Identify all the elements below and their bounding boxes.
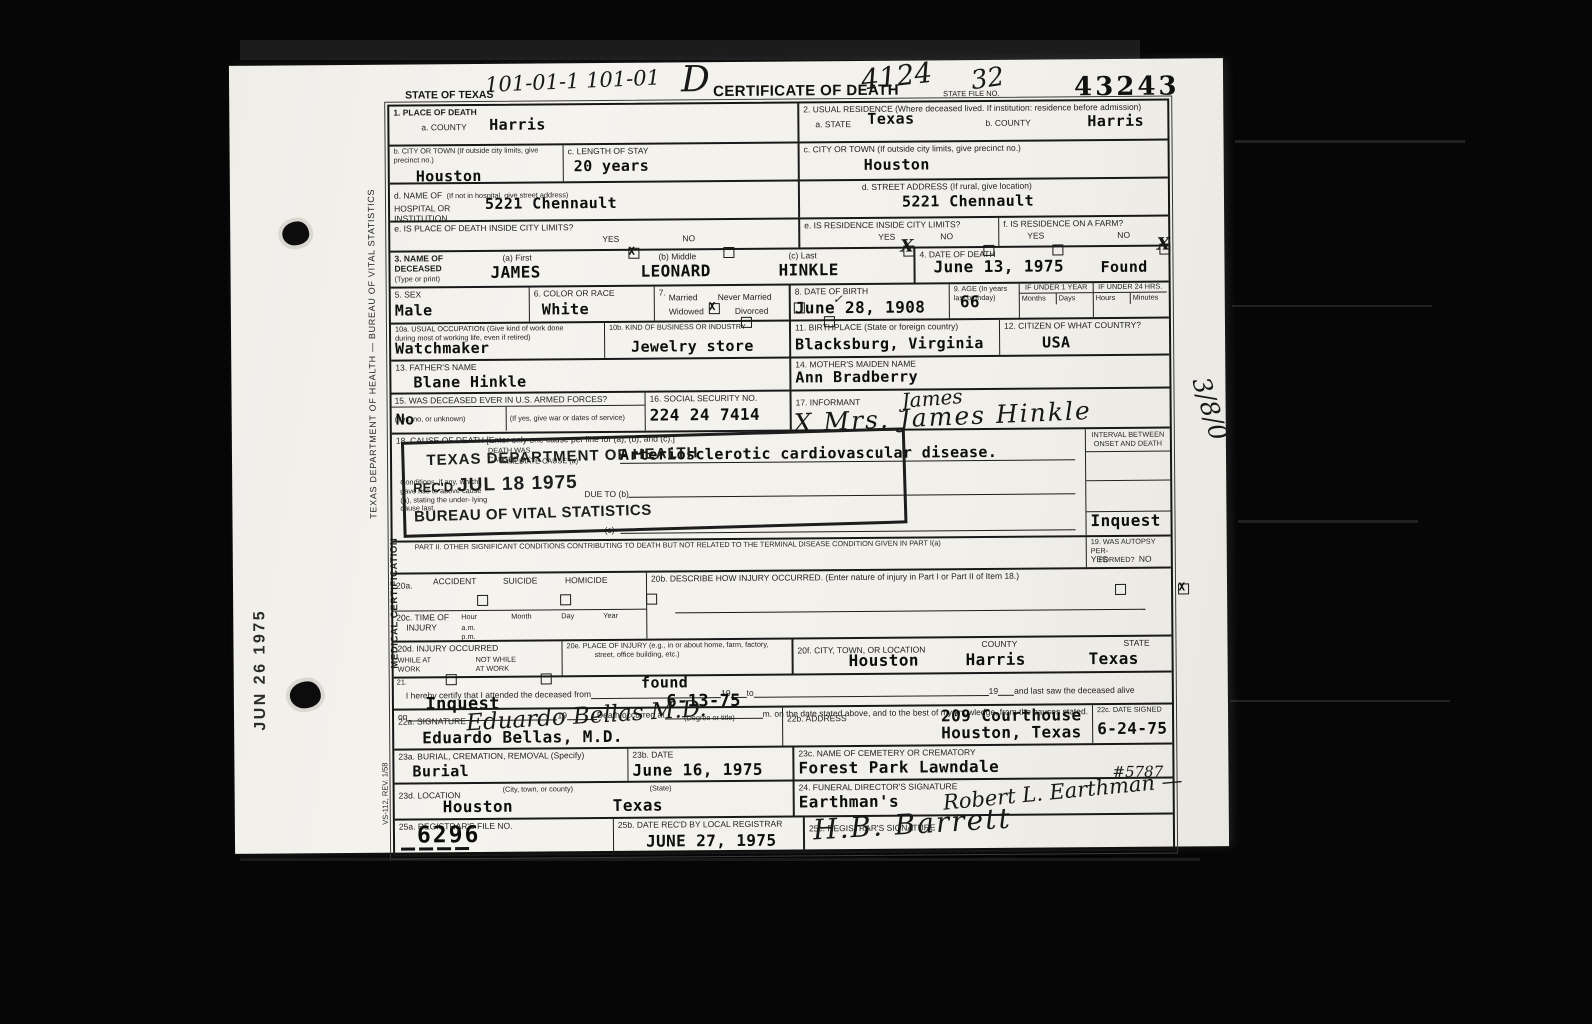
- sex-label: 5. SEX: [395, 289, 525, 300]
- married-checkbox: X: [709, 303, 720, 314]
- burial-location-cell: 23d. LOCATION (City, town, or county) (S…: [395, 782, 793, 819]
- minutes-label: Minutes: [1131, 292, 1167, 303]
- date-of-death-value: June 13, 1975: [933, 257, 1064, 276]
- handwritten-32: 32: [969, 64, 1006, 95]
- dob-label: 8. DATE OF BIRTH: [795, 285, 945, 296]
- physician-typed-name: Eduardo Bellas, M.D.: [422, 728, 623, 747]
- citizen-label: 12. CITIZEN OF WHAT COUNTRY?: [1004, 320, 1163, 331]
- yes-label: YES: [602, 234, 619, 244]
- stamp-line-1: TEXAS DEPARTMENT OF HEALTH: [426, 444, 698, 469]
- handwritten-4124: 4124: [860, 59, 934, 95]
- armed-forces-value: No: [396, 412, 415, 429]
- certificate-number: 43243: [1074, 73, 1180, 100]
- burial-date-value: June 16, 1975: [632, 761, 788, 780]
- not-while-label: NOT WHILEAT WORK: [476, 656, 517, 674]
- residence-city-limits-cell: e. IS RESIDENCE INSIDE CITY LIMITS? YES …: [798, 218, 998, 248]
- scan-streak: [1235, 140, 1465, 143]
- race-cell: 6. COLOR OR RACE White: [529, 287, 654, 322]
- injury-occurred-cell: 20d. INJURY OCCURRED WHILE ATWORK NOT WH…: [393, 641, 561, 676]
- birthplace-label: 11. BIRTHPLACE (State or foreign country…: [795, 321, 995, 333]
- injury-location-cell: 20f. CITY, TOWN, OR LOCATION COUNTY STAT…: [791, 637, 1171, 674]
- manner-cell: 20a. ACCIDENT SUICIDE HOMICIDE: [393, 573, 646, 612]
- physician-signature-cell: 22a. SIGNATURE Eduardo Bellas M.D. (Degr…: [394, 708, 782, 749]
- typed-x-mark: X: [709, 301, 716, 312]
- injury-state-value: Texas: [1089, 650, 1139, 668]
- row-place-residence: 1. PLACE OF DEATH a. COUNTY Harris 2. US…: [389, 101, 1167, 145]
- marital-cell: 7. Married X Never Married Widowed Divor…: [654, 286, 789, 321]
- armed-forces-service-cell: (If yes, give war or dates of service): [507, 406, 645, 431]
- sex-cell: 5. SEX Male: [391, 288, 529, 323]
- under-24-hrs-subcells: Hours Minutes: [1094, 292, 1167, 303]
- to-label: to: [747, 688, 754, 698]
- residence-state-value: Texas: [867, 111, 914, 128]
- first-name-value: JAMES: [490, 263, 540, 281]
- occupation-value: Watchmaker: [395, 340, 489, 357]
- race-value: White: [542, 301, 650, 318]
- year-blank-2: [998, 685, 1014, 696]
- hospital-cell: d. NAME OF (If not in hospital, give str…: [390, 181, 798, 220]
- form-number-vertical-text: VS-112, REV. 1/58: [380, 733, 390, 825]
- scan-streak: [1232, 305, 1432, 307]
- location-sublabel2: (State): [650, 784, 672, 793]
- days-label: Days: [1057, 293, 1093, 304]
- under-1-year-label: IF UNDER 1 YEAR: [1020, 283, 1093, 293]
- location-state-value: Texas: [613, 797, 663, 815]
- location-city-value: Houston: [443, 798, 513, 816]
- first-name-label: (a) First: [502, 253, 531, 263]
- under-1-year-subcells: Months Days: [1020, 293, 1093, 304]
- certify-text-2: and last saw the deceased alive: [1014, 685, 1135, 696]
- name-label-2: DECEASED: [394, 263, 441, 273]
- homicide-label: HOMICIDE: [565, 575, 608, 586]
- autopsy-cell: 19. WAS AUTOPSY PER- FORMED? YES NO X: [1086, 537, 1171, 568]
- date-signed-value: 6-24-75: [1097, 719, 1168, 737]
- burial-label: 23a. BURIAL, CREMATION, REMOVAL (Specify…: [398, 750, 623, 762]
- city-of-death-cell: b. CITY OR TOWN (If outside city limits,…: [390, 145, 563, 182]
- street-address-value: 5221 Chennault: [902, 192, 1164, 211]
- scanned-death-certificate: JUN 26 1975 TEXAS DEPARTMENT OF HEALTH —…: [0, 0, 1592, 1024]
- married-label: Married: [669, 292, 698, 302]
- cause-line-c: [621, 529, 1076, 534]
- time-of-injury-label2: INJURY: [406, 621, 643, 633]
- mother-value: Ann Bradberry: [795, 367, 1165, 386]
- row-injury-place: 20d. INJURY OCCURRED WHILE ATWORK NOT WH…: [393, 635, 1171, 677]
- manner-number: 20a.: [396, 580, 413, 590]
- registrar-signature-cell: 25c. REGISTRAR'S SIGNATURE H.B. Barrett: [803, 815, 1173, 852]
- armed-forces-subcells: (Yes, no, or unknown) No (If yes, give w…: [392, 406, 645, 432]
- under-1-year-cell: IF UNDER 1 YEAR Months Days: [1019, 283, 1093, 318]
- residence-city-cell: c. CITY OR TOWN (If outside city limits,…: [798, 141, 1168, 180]
- row-cause-of-death: 18. CAUSE OF DEATH [Enter only one cause…: [392, 427, 1171, 541]
- physician-address-cell: 22b. ADDRESS 209 Courthouse Houston, Tex…: [782, 705, 1092, 745]
- yes-label: YES: [878, 232, 895, 242]
- last-name-label: (c) Last: [788, 250, 816, 260]
- found-value: found: [641, 674, 688, 691]
- received-date-stamp: JUN 26 1975: [251, 606, 270, 731]
- certificate-form: 1. PLACE OF DEATH a. COUNTY Harris 2. US…: [387, 99, 1175, 857]
- certify-number: 21.: [397, 679, 407, 688]
- business-cell: 10b. KIND OF BUSINESS OR INDUSTRY Jewelr…: [604, 322, 789, 358]
- place-of-injury-label2: street, office building, etc.): [595, 649, 788, 659]
- birthplace-cell: 11. BIRTHPLACE (State or foreign country…: [789, 320, 999, 357]
- length-of-stay-cell: c. LENGTH OF STAY 20 years: [563, 143, 798, 181]
- length-of-stay-value: 20 years: [574, 157, 794, 175]
- row-hospital-address: d. NAME OF (If not in hospital, give str…: [390, 177, 1168, 221]
- middle-name-value: LEONARD: [640, 262, 710, 280]
- registrar-date-label: 25b. DATE REC'D BY LOCAL REGISTRAR: [618, 818, 799, 830]
- age-cell: 9. AGE (In years last birthday) 66: [949, 284, 1019, 319]
- deceased-name-cell: 3. NAME OF DECEASED (Type or print) (a) …: [390, 249, 913, 287]
- interval-cell: INTERVAL BETWEEN ONSET AND DEATH Inquest: [1085, 429, 1171, 536]
- scan-streak: [1230, 700, 1450, 702]
- handwritten-file-code: 101-01-1 101-01: [485, 67, 661, 95]
- certify-line1: I hereby certify that I attended the dec…: [406, 680, 1168, 704]
- armed-forces-sublabel2: (If yes, give war or dates of service): [510, 413, 625, 423]
- while-at-work-label: WHILE ATWORK: [398, 656, 432, 674]
- date-of-death-cell: 4. DATE OF DEATH June 13, 1975 Found: [913, 247, 1168, 283]
- row-location-director: 23d. LOCATION (City, town, or county) (S…: [395, 777, 1173, 819]
- place-of-injury-cell: 20e. PLACE OF INJURY (e.g., in or about …: [561, 640, 791, 676]
- residence-city-value: Houston: [864, 155, 1164, 174]
- no-checkbox: X: [1178, 584, 1189, 595]
- date-signed-label: 22c. DATE SIGNED: [1097, 706, 1168, 715]
- under-24-hrs-label: IF UNDER 24 HRS.: [1094, 283, 1167, 293]
- occupation-cell: 10a. USUAL OCCUPATION (Give kind of work…: [391, 323, 604, 360]
- length-of-stay-label: c. LENGTH OF STAY: [568, 144, 794, 156]
- row-registrar: 25a. REGISTRAR'S FILE NO. 6296 25b. DATE…: [395, 813, 1173, 855]
- stamp-line-3: BUREAU OF VITAL STATISTICS: [414, 502, 652, 526]
- row-injury-manner: 20a. ACCIDENT SUICIDE HOMICIDE 20c. TIME…: [393, 567, 1172, 641]
- row-physician: 22a. SIGNATURE Eduardo Bellas M.D. (Degr…: [394, 703, 1172, 749]
- last-name-value: HINKLE: [778, 261, 838, 279]
- residence-farm-label: f. IS RESIDENCE ON A FARM?: [1003, 218, 1164, 229]
- city-of-death-label: b. CITY OR TOWN (If outside city limits,…: [394, 146, 559, 165]
- describe-injury-cell: 20b. DESCRIBE HOW INJURY OCCURRED. (Ente…: [646, 569, 1172, 639]
- row-city-stay: b. CITY OR TOWN (If outside city limits,…: [390, 139, 1168, 183]
- handwritten-check: ✓: [833, 293, 843, 305]
- suicide-label: SUICIDE: [503, 576, 538, 586]
- margin-handwritten-note: 3/8/0: [1188, 374, 1231, 443]
- typed-x-mark: X: [1178, 582, 1185, 593]
- department-vertical-text: TEXAS DEPARTMENT OF HEALTH — BUREAU OF V…: [366, 207, 378, 519]
- describe-injury-blank: [675, 609, 1145, 614]
- burial-value: Burial: [412, 762, 623, 780]
- burial-cell: 23a. BURIAL, CREMATION, REMOVAL (Specify…: [394, 749, 627, 783]
- burial-date-cell: 23b. DATE June 16, 1975: [627, 748, 792, 781]
- divorced-label: Divorced: [735, 306, 769, 316]
- sex-value: Male: [395, 302, 525, 320]
- armed-forces-answer-cell: (Yes, no, or unknown) No: [392, 407, 507, 432]
- degree-label: (Degree or title): [684, 714, 735, 723]
- father-label: 13. FATHER'S NAME: [395, 360, 785, 373]
- death-city-limits-label: e. IS PLACE OF DEATH INSIDE CITY LIMITS?: [394, 220, 794, 233]
- scan-streak: [240, 858, 1200, 861]
- received-stamp-box: TEXAS DEPARTMENT OF HEALTH REC'D JUL 18 …: [401, 427, 908, 537]
- found-annotation: Found: [1100, 259, 1147, 276]
- residence-farm-cell: f. IS RESIDENCE ON A FARM? YES NO X: [998, 217, 1168, 246]
- burial-date-label: 23b. DATE: [632, 749, 788, 760]
- residence-city-label: c. CITY OR TOWN (If outside city limits,…: [804, 142, 1164, 155]
- usual-residence-cell: 2. USUAL RESIDENCE (Where deceased lived…: [797, 101, 1167, 142]
- part2-label: PART II. OTHER SIGNIFICANT CONDITIONS CO…: [415, 538, 1082, 552]
- handwritten-letter-d: D: [681, 62, 710, 98]
- attended-to-blank: [754, 685, 989, 698]
- race-label: 6. COLOR OR RACE: [534, 288, 650, 299]
- ssn-cell: 16. SOCIAL SECURITY NO. 224 24 7414: [644, 392, 789, 431]
- injury-county-value: Harris: [966, 651, 1026, 669]
- month-label: Month: [511, 613, 531, 622]
- place-of-death-label: 1. PLACE OF DEATH: [393, 104, 793, 117]
- residence-county-label: b. COUNTY: [985, 118, 1030, 128]
- business-value: Jewelry store: [631, 337, 785, 355]
- year-label: Year: [603, 612, 618, 621]
- registrar-date-value: JUNE 27, 1975: [646, 832, 799, 851]
- crossed-out-scribble: [401, 847, 469, 851]
- day-label: Day: [561, 612, 574, 621]
- no-label: NO: [1139, 554, 1152, 564]
- citizen-cell: 12. CITIZEN OF WHAT COUNTRY? USA: [999, 319, 1167, 355]
- hospital-label: d. NAME OF: [394, 190, 442, 200]
- months-label: Months: [1020, 293, 1057, 304]
- stamp-recd: REC'D: [413, 479, 453, 495]
- age-value: 66: [960, 293, 980, 311]
- suicide-checkbox: [561, 594, 572, 605]
- citizen-value: USA: [1042, 334, 1163, 351]
- dob-cell: 8. DATE OF BIRTH ✓ June 28, 1908: [789, 284, 949, 319]
- registrar-file-cell: 25a. REGISTRAR'S FILE NO. 6296: [395, 819, 613, 855]
- row-name-dod: 3. NAME OF DECEASED (Type or print) (a) …: [390, 245, 1168, 287]
- yes-label: YES: [1091, 554, 1108, 564]
- name-sublabel: (Type or print): [395, 275, 440, 284]
- row-forces-ssn-informant: 15. WAS DECEASED EVER IN U.S. ARMED FORC…: [391, 387, 1169, 433]
- state-of-texas-label: STATE OF TEXAS: [405, 89, 493, 102]
- autopsy-label2: FORMED?: [1099, 555, 1167, 564]
- registrar-file-number: 6296: [417, 822, 481, 848]
- name-label-1: 3. NAME OF: [394, 253, 443, 263]
- injury-occurred-label: 20d. INJURY OCCURRED: [397, 642, 557, 653]
- mother-cell: 14. MOTHER'S MAIDEN NAME Ann Bradberry: [789, 356, 1169, 390]
- hospital-value: 5221 Chennault: [485, 195, 617, 213]
- middle-name-label: (b) Middle: [658, 251, 696, 261]
- armed-forces-cell: 15. WAS DECEASED EVER IN U.S. ARMED FORC…: [392, 393, 645, 433]
- hours-label: Hours: [1094, 293, 1131, 304]
- county-label: a. COUNTY: [421, 122, 466, 132]
- accident-checkbox: [477, 595, 488, 606]
- signature-label: 22a. SIGNATURE: [398, 716, 466, 727]
- autopsy-label: 19. WAS AUTOPSY PER-: [1091, 538, 1167, 556]
- death-city-limits-cell: e. IS PLACE OF DEATH INSIDE CITY LIMITS?…: [390, 219, 798, 250]
- residence-city-limits-label: e. IS RESIDENCE INSIDE CITY LIMITS?: [804, 219, 994, 231]
- interval-line-b: [1086, 479, 1170, 511]
- no-label: NO: [1117, 230, 1130, 240]
- never-married-label: Never Married: [718, 292, 772, 303]
- ink-blot: [282, 221, 309, 245]
- hour-label: Hour: [461, 613, 477, 622]
- location-sublabel1: (City, town, or county): [503, 785, 573, 794]
- widowed-label: Widowed: [669, 306, 704, 316]
- cause-of-death-cell: 18. CAUSE OF DEATH [Enter only one cause…: [392, 429, 1086, 540]
- business-label: 10b. KIND OF BUSINESS OR INDUSTRY: [609, 323, 785, 333]
- row-demographics: 5. SEX Male 6. COLOR OR RACE White 7. Ma…: [391, 281, 1169, 323]
- street-address-cell: d. STREET ADDRESS (If rural, give locati…: [798, 179, 1168, 218]
- interval-label: INTERVAL BETWEEN ONSET AND DEATH: [1086, 429, 1170, 451]
- no-label: NO: [682, 233, 695, 243]
- father-cell: 13. FATHER'S NAME Blane Hinkle: [391, 359, 789, 393]
- place-of-death-cell: 1. PLACE OF DEATH a. COUNTY Harris: [389, 103, 797, 144]
- year-19b: 19: [989, 686, 999, 696]
- scan-streak: [1238, 520, 1418, 523]
- birthplace-value: Blacksburg, Virginia: [795, 335, 995, 353]
- injury-county-header: COUNTY: [981, 639, 1017, 649]
- date-signed-cell: 22c. DATE SIGNED 6-24-75: [1092, 705, 1172, 744]
- address-line2: Houston, Texas: [941, 723, 1082, 742]
- injury-state-header: STATE: [1123, 638, 1149, 648]
- interval-line-a: [1086, 450, 1170, 480]
- residence-county-value: Harris: [1087, 113, 1144, 130]
- accident-label: ACCIDENT: [433, 576, 477, 587]
- stamp-date: JUL 18 1975: [457, 472, 578, 497]
- county-value: Harris: [489, 116, 546, 134]
- address-label: 22b. ADDRESS: [787, 713, 847, 723]
- scan-artifact-band: [240, 40, 1140, 60]
- row-occupation: 10a. USUAL OCCUPATION (Give kind of work…: [391, 317, 1169, 360]
- yes-label: YES: [1027, 231, 1044, 241]
- dob-value: June 28, 1908: [795, 298, 945, 317]
- registrar-date-cell: 25b. DATE REC'D BY LOCAL REGISTRAR JUNE …: [613, 817, 803, 852]
- describe-injury-label: 20b. DESCRIBE HOW INJURY OCCURRED. (Ente…: [651, 570, 1167, 584]
- no-label: NO: [940, 231, 953, 241]
- inquest-value: Inquest: [1086, 510, 1170, 529]
- injury-city-value: Houston: [849, 652, 919, 670]
- informant-cell: 17. INFORMANT James X Mrs. James Hinkle: [789, 389, 1169, 430]
- under-24-hrs-cell: IF UNDER 24 HRS. Hours Minutes: [1093, 283, 1167, 318]
- residence-state-label: a. STATE: [815, 119, 851, 129]
- ssn-label: 16. SOCIAL SECURITY NO.: [650, 393, 786, 404]
- father-value: Blane Hinkle: [413, 372, 785, 391]
- street-address-label: d. STREET ADDRESS (If rural, give locati…: [862, 180, 1164, 193]
- name-label: 3. NAME OF DECEASED (Type or print): [394, 253, 456, 285]
- ink-blot: [290, 681, 321, 708]
- certificate-paper: JUN 26 1975 TEXAS DEPARTMENT OF HEALTH —…: [229, 58, 1229, 854]
- manner-time-cell: 20a. ACCIDENT SUICIDE HOMICIDE 20c. TIME…: [393, 573, 647, 641]
- ssn-value: 224 24 7414: [650, 406, 786, 425]
